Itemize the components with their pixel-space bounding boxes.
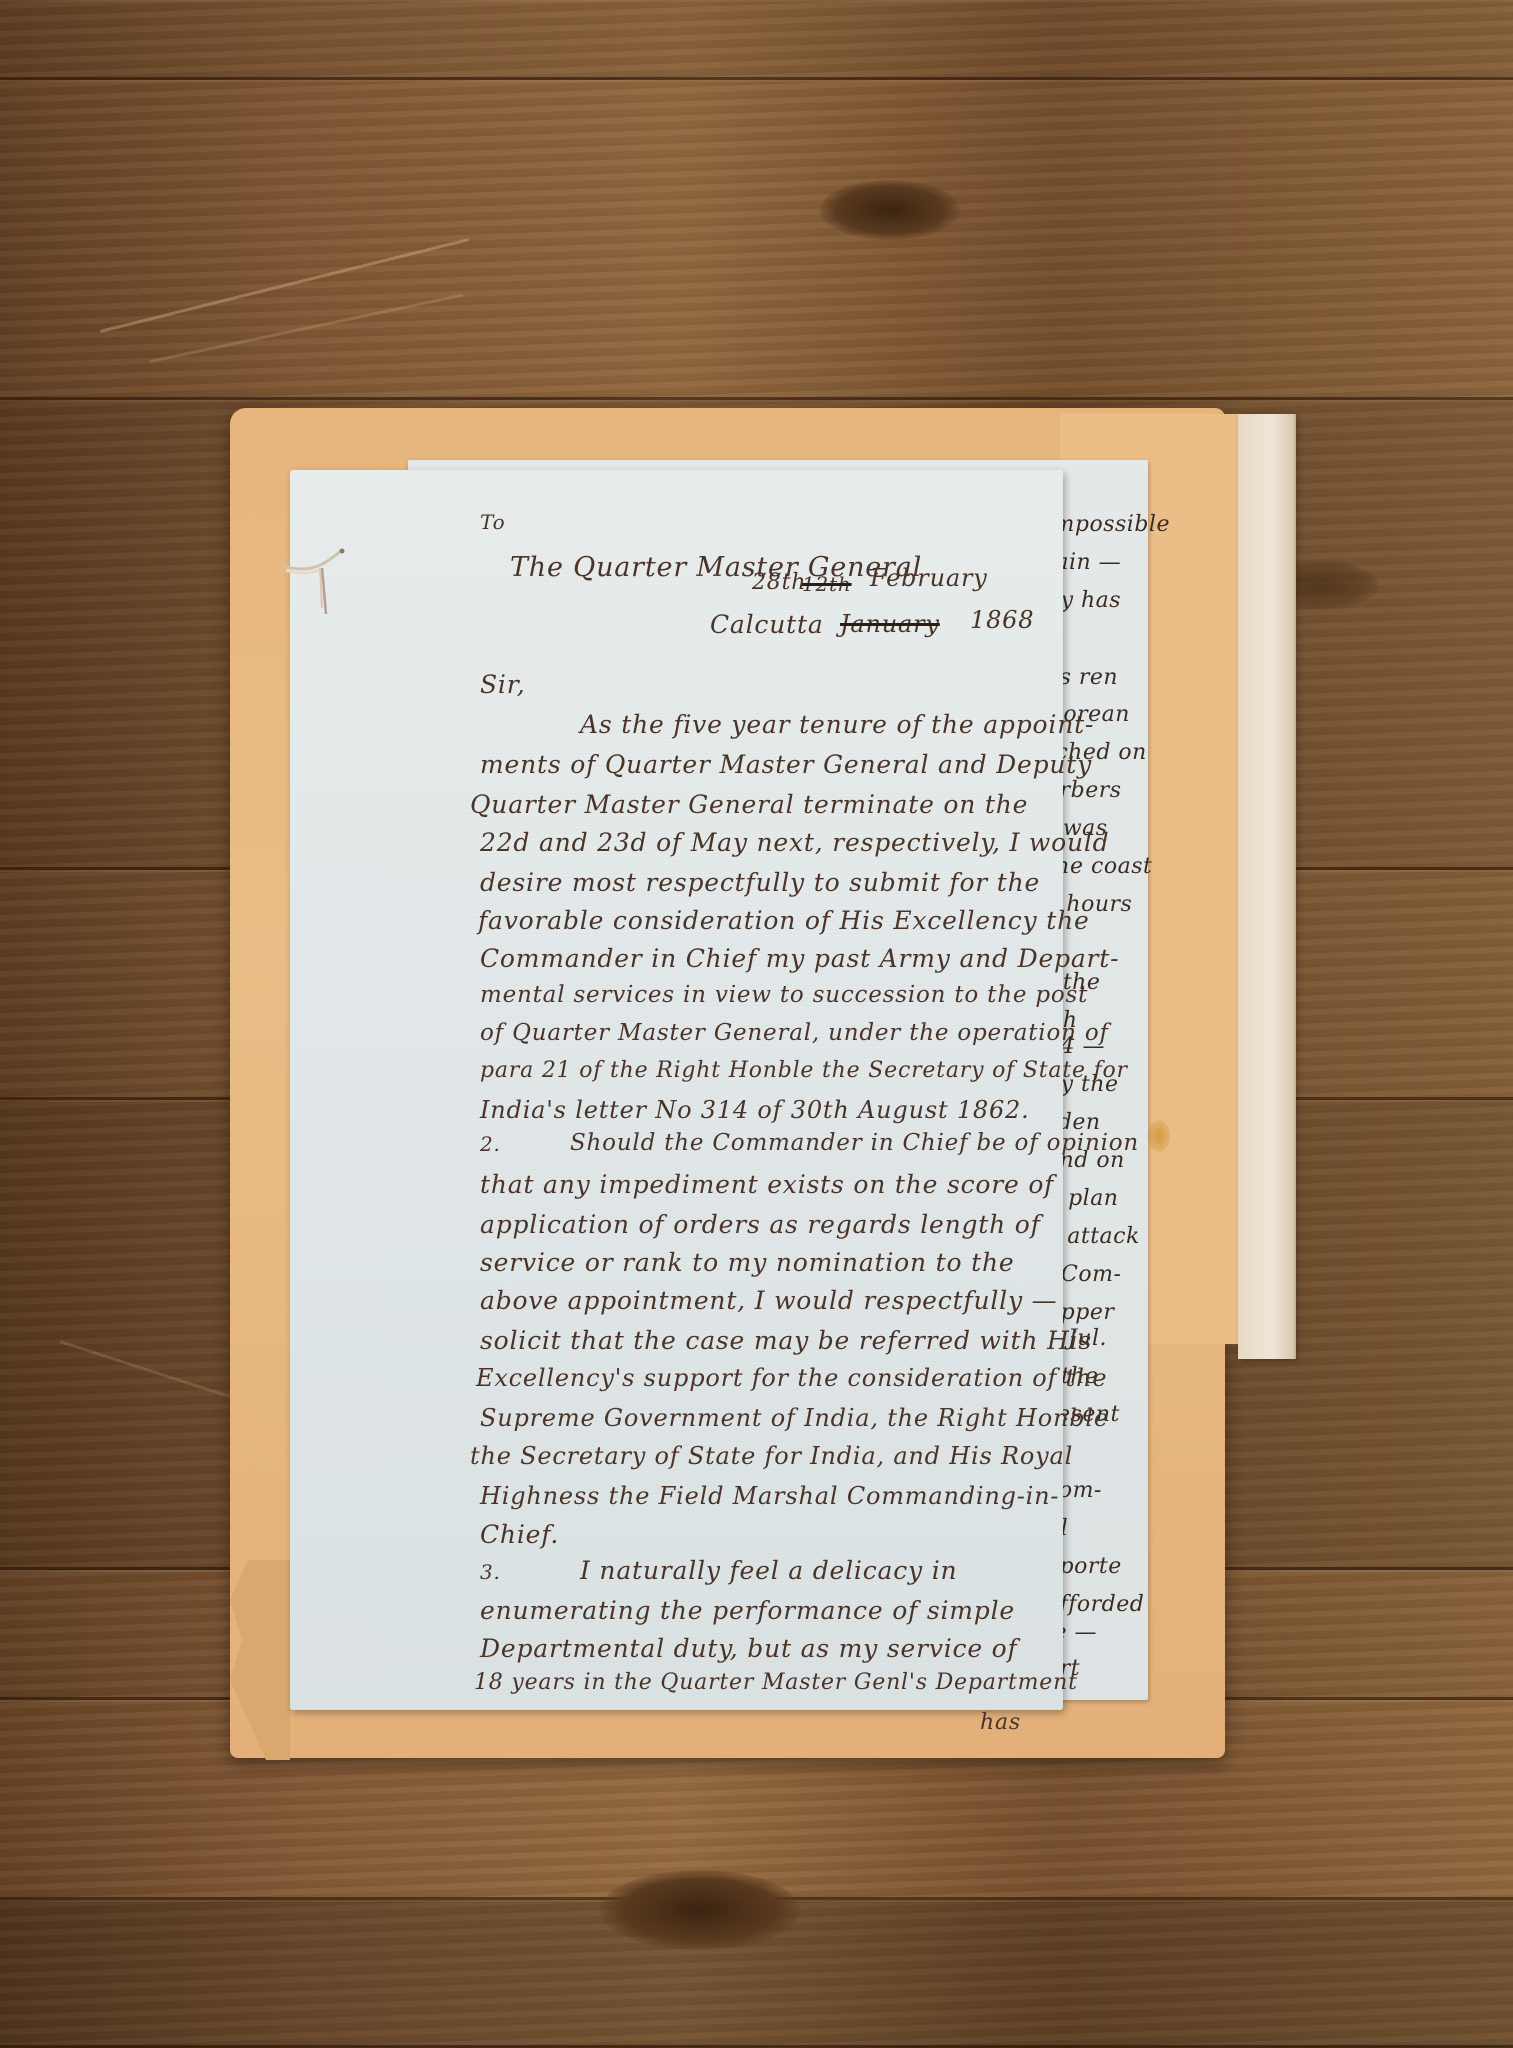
folder-stain <box>1148 1120 1170 1152</box>
body-line: India's letter No 314 of 30th August 186… <box>480 1096 1030 1124</box>
paragraph-number: 2. <box>480 1132 501 1156</box>
body-line: application of orders as regards length … <box>480 1210 1041 1239</box>
date-year: 1868 <box>970 606 1034 634</box>
body-line: Supreme Government of India, the Right H… <box>480 1404 1109 1432</box>
greeting: Sir, <box>480 670 525 699</box>
body-line: ments of Quarter Master General and Depu… <box>480 750 1092 779</box>
place: Calcutta <box>710 610 824 639</box>
string-tie-icon <box>282 548 352 618</box>
to-label: To <box>480 510 505 534</box>
text-fragment: impossible <box>1046 512 1170 537</box>
body-line: I naturally feel a delicacy in <box>580 1556 957 1585</box>
body-line: mental services in view to succession to… <box>480 982 1088 1008</box>
catchword: has <box>980 1710 1021 1735</box>
body-line: of Quarter Master General, under the ope… <box>480 1020 1109 1046</box>
table-plank <box>0 0 1513 80</box>
addressee: The Quarter Master General <box>510 552 922 583</box>
body-line: As the five year tenure of the appoint- <box>580 710 1094 739</box>
body-line: enumerating the performance of simple <box>480 1596 1015 1625</box>
wood-knot <box>820 180 960 240</box>
body-line: above appointment, I would respectfully … <box>480 1286 1057 1315</box>
date-day-struck: 12th <box>802 572 852 596</box>
body-line: Commander in Chief my past Army and Depa… <box>480 944 1119 973</box>
body-line: desire most respectfully to submit for t… <box>480 868 1040 897</box>
body-line: 22d and 23d of May next, respectively, I… <box>480 828 1109 857</box>
body-line: Departmental duty, but as my service of <box>480 1634 1018 1663</box>
body-line: Quarter Master General terminate on the <box>470 790 1028 819</box>
table-plank <box>0 80 1513 400</box>
paragraph-number: 3. <box>480 1560 501 1584</box>
body-line: para 21 of the Right Honble the Secretar… <box>480 1058 1128 1083</box>
body-line: the Secretary of State for India, and Hi… <box>470 1442 1073 1470</box>
handwritten-letter: To The Quarter Master General 28th 12th … <box>290 470 1063 1710</box>
body-line: Chief. <box>480 1520 559 1549</box>
body-line: solicit that the case may be referred wi… <box>480 1326 1092 1355</box>
body-line: Excellency's support for the considerati… <box>476 1364 1107 1392</box>
date-month-struck: January <box>840 610 940 638</box>
body-line: service or rank to my nomination to the <box>480 1248 1014 1277</box>
date-month: February <box>870 564 988 592</box>
body-line: Should the Commander in Chief be of opin… <box>570 1130 1139 1156</box>
body-line: 18 years in the Quarter Master Genl's De… <box>474 1670 1078 1695</box>
wood-knot <box>600 1870 800 1950</box>
body-line: Highness the Field Marshal Commanding-in… <box>480 1482 1059 1510</box>
body-line: that any impediment exists on the score … <box>480 1170 1054 1199</box>
body-line: favorable consideration of His Excellenc… <box>478 906 1090 935</box>
date-day: 28th <box>752 570 806 595</box>
folder-edge-strip <box>1238 414 1296 1359</box>
